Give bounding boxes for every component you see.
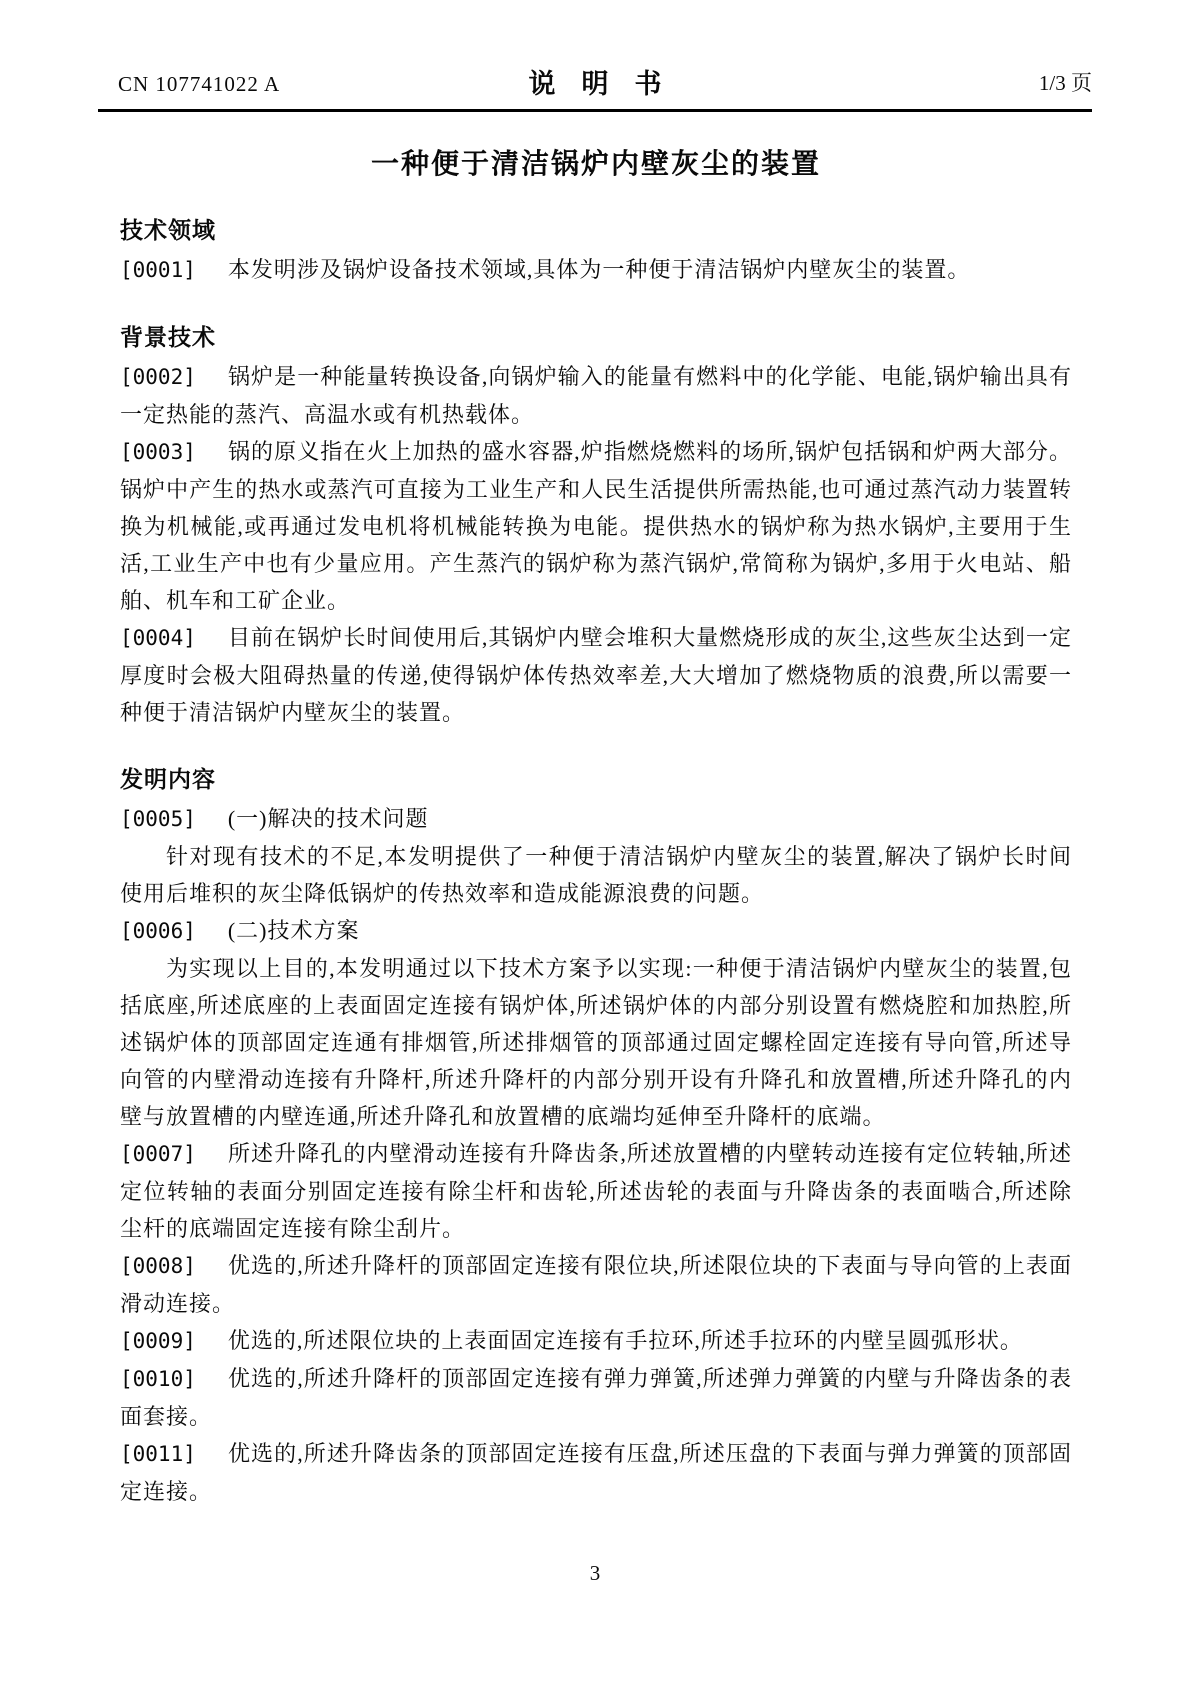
paragraph-text: 锅炉是一种能量转换设备,向锅炉输入的能量有燃料中的化学能、电能,锅炉输出具有一定… xyxy=(120,364,1072,427)
paragraph-text: 目前在锅炉长时间使用后,其锅炉内壁会堆积大量燃烧形成的灰尘,这些灰尘达到一定厚度… xyxy=(120,625,1072,725)
page-footer: 3 xyxy=(0,1561,1190,1586)
section-heading: 背景技术 xyxy=(120,319,1072,352)
section: 背景技术[0002]锅炉是一种能量转换设备,向锅炉输入的能量有燃料中的化学能、电… xyxy=(120,319,1072,731)
paragraph-number: [0003] xyxy=(120,440,196,464)
paragraph: [0005](一)解决的技术问题 xyxy=(120,800,1072,838)
paragraph-text: 优选的,所述升降齿条的顶部固定连接有压盘,所述压盘的下表面与弹力弹簧的顶部固定连… xyxy=(120,1441,1072,1504)
document-type-title: 说明书 xyxy=(503,62,688,101)
paragraph-text: 优选的,所述升降杆的顶部固定连接有弹力弹簧,所述弹力弹簧的内壁与升降齿条的表面套… xyxy=(120,1366,1072,1429)
paragraph-text: 针对现有技术的不足,本发明提供了一种便于清洁锅炉内壁灰尘的装置,解决了锅炉长时间… xyxy=(120,844,1072,906)
document-number: CN 107741022 A xyxy=(118,72,280,97)
paragraph: [0006](二)技术方案 xyxy=(120,912,1072,950)
paragraph-number: [0010] xyxy=(120,1367,196,1391)
paragraph: [0003]锅的原义指在火上加热的盛水容器,炉指燃烧燃料的场所,锅炉包括锅和炉两… xyxy=(120,433,1072,619)
patent-specification-page: CN 107741022 A 说明书 1/3 页 一种便于清洁锅炉内壁灰尘的装置… xyxy=(0,0,1190,1684)
paragraph: 针对现有技术的不足,本发明提供了一种便于清洁锅炉内壁灰尘的装置,解决了锅炉长时间… xyxy=(120,838,1072,912)
paragraph: [0009]优选的,所述限位块的上表面固定连接有手拉环,所述手拉环的内壁呈圆弧形… xyxy=(120,1322,1072,1360)
paragraph-number: [0009] xyxy=(120,1329,196,1353)
section: 发明内容[0005](一)解决的技术问题针对现有技术的不足,本发明提供了一种便于… xyxy=(120,761,1072,1510)
paragraph-text: 本发明涉及锅炉设备技术领域,具体为一种便于清洁锅炉内壁灰尘的装置。 xyxy=(228,257,971,282)
paragraph-text: 优选的,所述升降杆的顶部固定连接有限位块,所述限位块的下表面与导向管的上表面滑动… xyxy=(120,1253,1072,1316)
paragraph: [0010]优选的,所述升降杆的顶部固定连接有弹力弹簧,所述弹力弹簧的内壁与升降… xyxy=(120,1360,1072,1435)
section-heading: 技术领域 xyxy=(120,212,1072,245)
paragraph-text: 所述升降孔的内壁滑动连接有升降齿条,所述放置槽的内壁转动连接有定位转轴,所述定位… xyxy=(120,1141,1072,1241)
paragraph: 为实现以上目的,本发明通过以下技术方案予以实现:一种便于清洁锅炉内壁灰尘的装置,… xyxy=(120,950,1072,1135)
paragraph-text: 优选的,所述限位块的上表面固定连接有手拉环,所述手拉环的内壁呈圆弧形状。 xyxy=(228,1328,1023,1353)
paragraph-text: (二)技术方案 xyxy=(228,918,360,943)
paragraph-number: [0005] xyxy=(120,807,196,831)
page-indicator: 1/3 页 xyxy=(1039,67,1092,97)
paragraph-number: [0011] xyxy=(120,1442,196,1466)
paragraph-text: (一)解决的技术问题 xyxy=(228,806,429,831)
document-body: 技术领域[0001]本发明涉及锅炉设备技术领域,具体为一种便于清洁锅炉内壁灰尘的… xyxy=(120,212,1072,1510)
paragraph-number: [0007] xyxy=(120,1142,196,1166)
paragraph-number: [0006] xyxy=(120,919,196,943)
paragraph: [0011]优选的,所述升降齿条的顶部固定连接有压盘,所述压盘的下表面与弹力弹簧… xyxy=(120,1435,1072,1510)
paragraph: [0008]优选的,所述升降杆的顶部固定连接有限位块,所述限位块的下表面与导向管… xyxy=(120,1247,1072,1322)
paragraph: [0001]本发明涉及锅炉设备技术领域,具体为一种便于清洁锅炉内壁灰尘的装置。 xyxy=(120,251,1072,289)
paragraph-text: 锅的原义指在火上加热的盛水容器,炉指燃烧燃料的场所,锅炉包括锅和炉两大部分。锅炉… xyxy=(120,439,1072,613)
paragraph-number: [0004] xyxy=(120,626,196,650)
paragraph: [0007]所述升降孔的内壁滑动连接有升降齿条,所述放置槽的内壁转动连接有定位转… xyxy=(120,1135,1072,1247)
document-content: 一种便于清洁锅炉内壁灰尘的装置 技术领域[0001]本发明涉及锅炉设备技术领域,… xyxy=(120,118,1072,1510)
paragraph-number: [0002] xyxy=(120,365,196,389)
paragraph-number: [0001] xyxy=(120,258,196,282)
paragraph: [0004]目前在锅炉长时间使用后,其锅炉内壁会堆积大量燃烧形成的灰尘,这些灰尘… xyxy=(120,619,1072,731)
invention-title: 一种便于清洁锅炉内壁灰尘的装置 xyxy=(120,142,1072,182)
paragraph: [0002]锅炉是一种能量转换设备,向锅炉输入的能量有燃料中的化学能、电能,锅炉… xyxy=(120,358,1072,433)
section: 技术领域[0001]本发明涉及锅炉设备技术领域,具体为一种便于清洁锅炉内壁灰尘的… xyxy=(120,212,1072,289)
section-heading: 发明内容 xyxy=(120,761,1072,794)
page-header: CN 107741022 A 说明书 1/3 页 xyxy=(98,64,1092,112)
paragraph-number: [0008] xyxy=(120,1254,196,1278)
page-number: 3 xyxy=(590,1561,601,1585)
paragraph-text: 为实现以上目的,本发明通过以下技术方案予以实现:一种便于清洁锅炉内壁灰尘的装置,… xyxy=(120,956,1072,1129)
